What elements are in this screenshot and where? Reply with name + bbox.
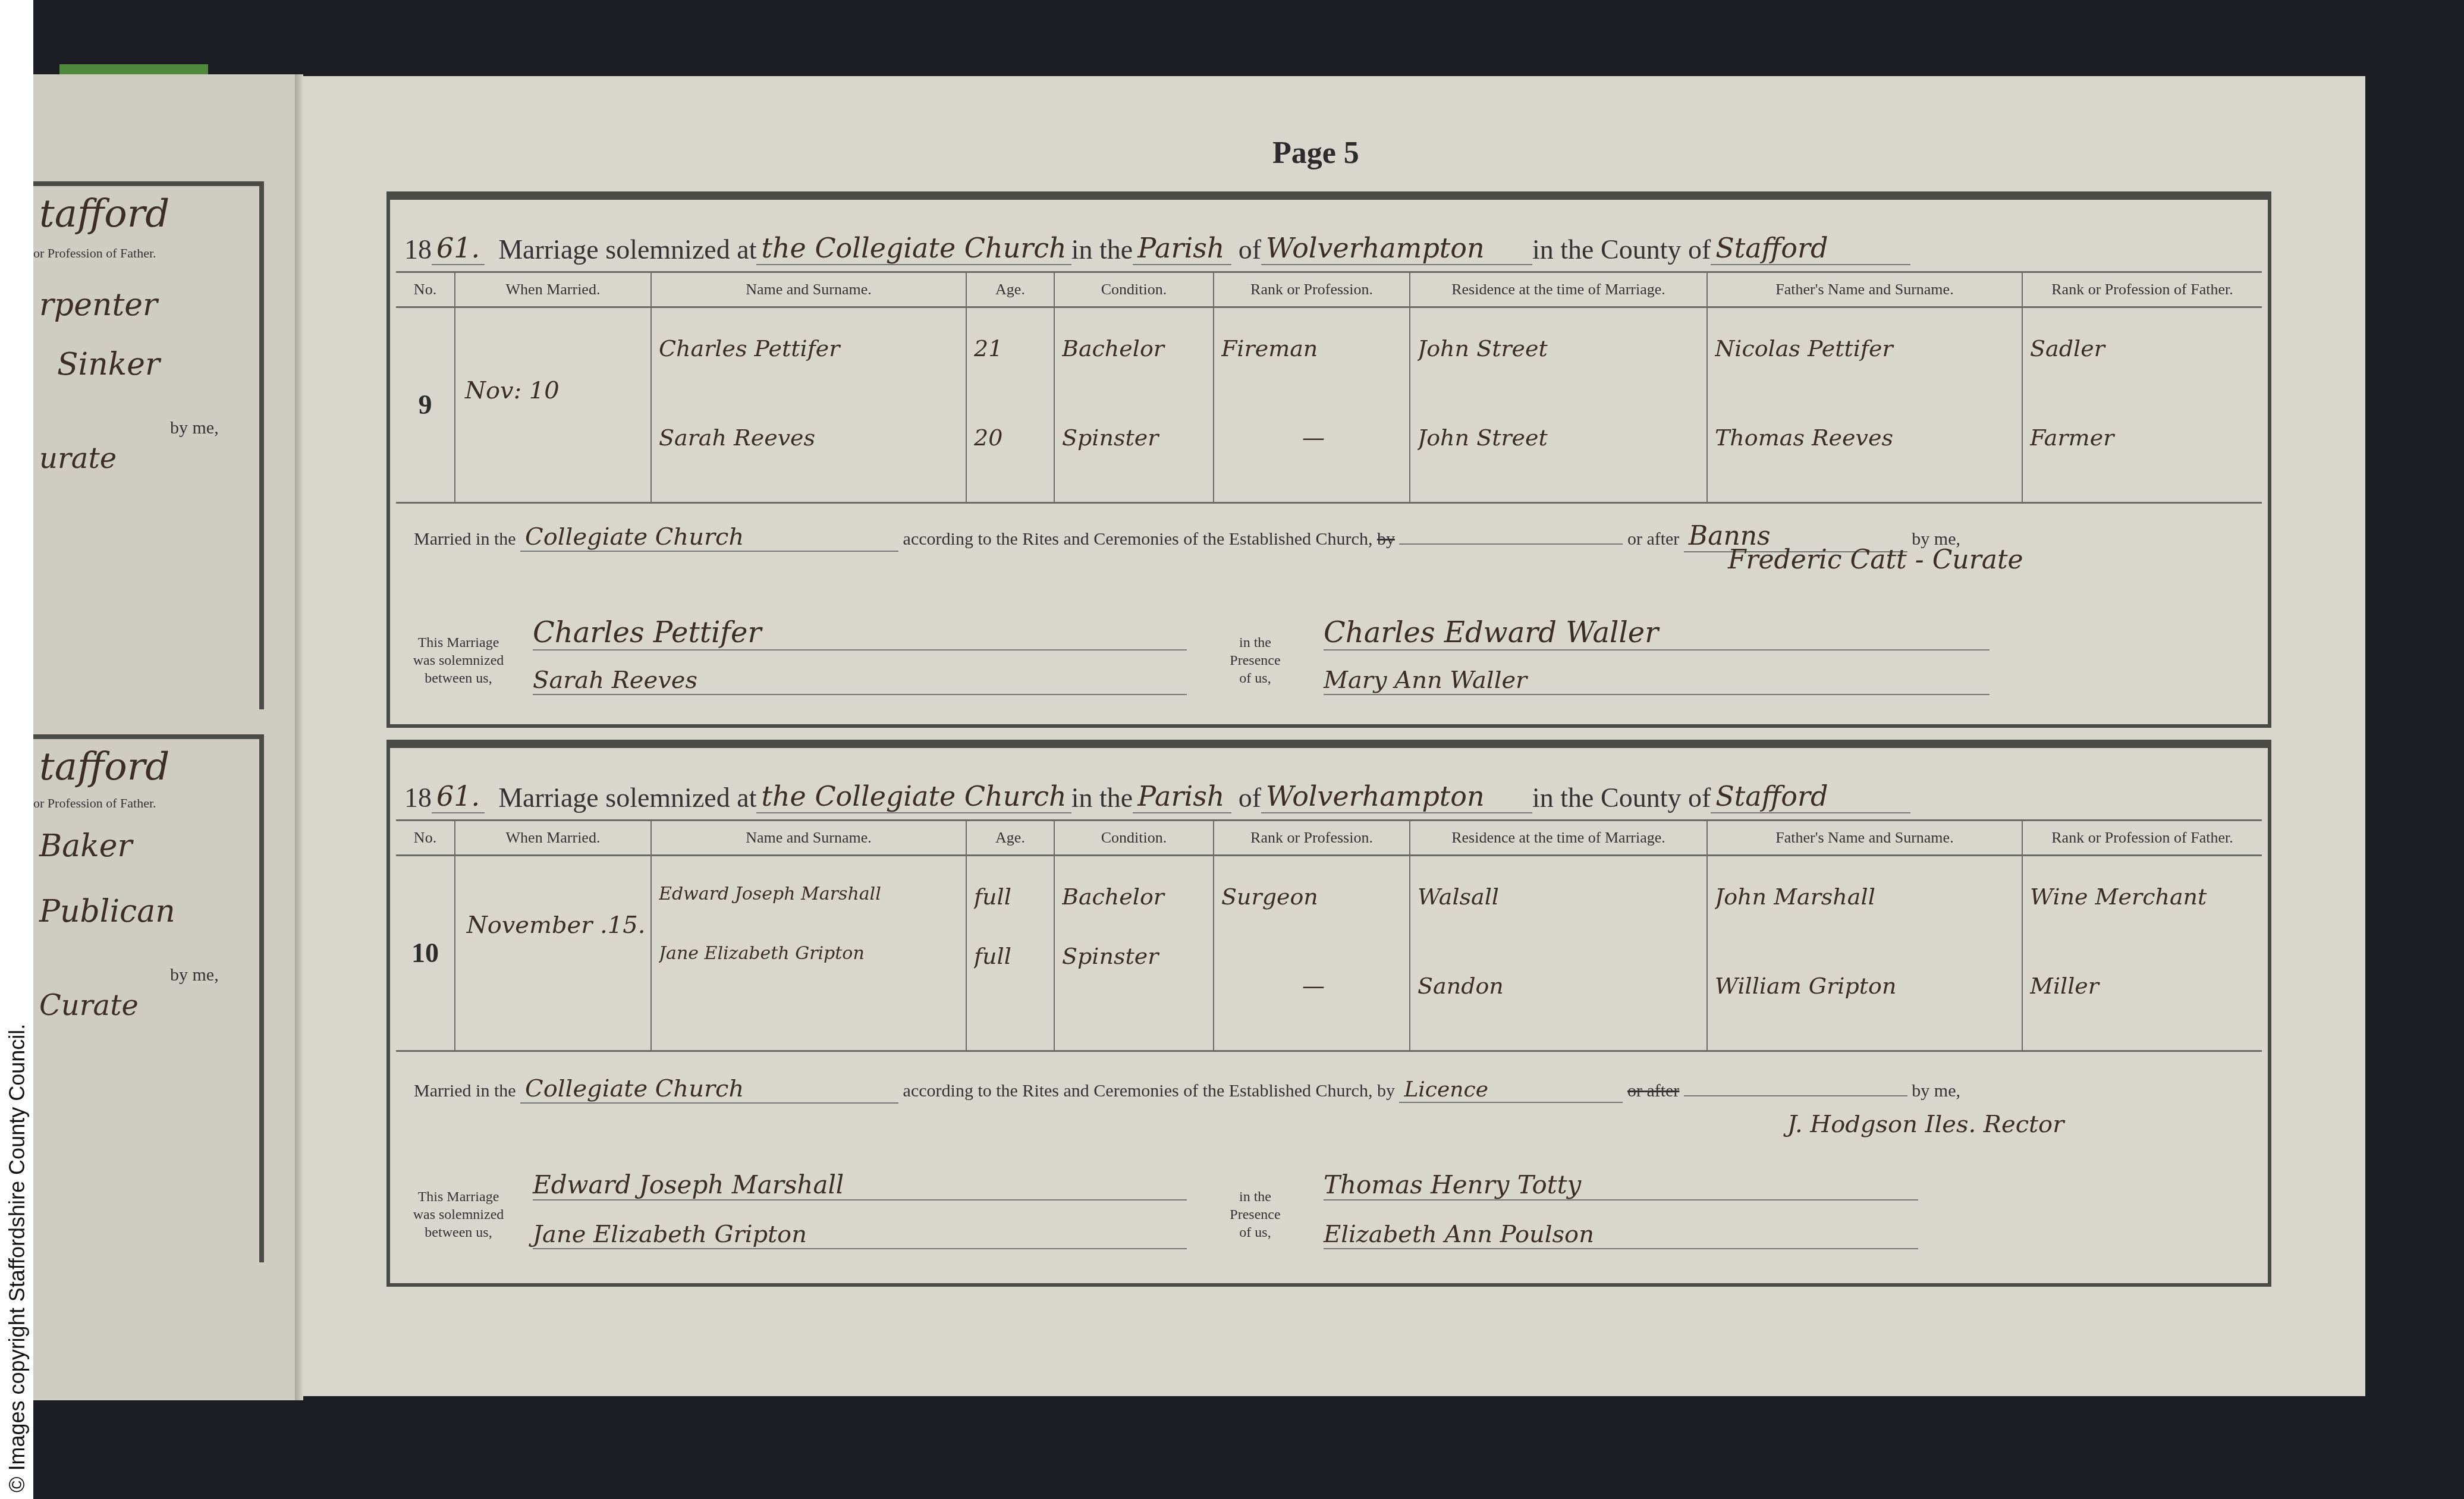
header-father: Father's Name and Surname. xyxy=(1708,821,2023,854)
page-title: Page 5 xyxy=(1272,136,1359,171)
year-suffix: 61. xyxy=(432,232,485,265)
header-name: Name and Surname. xyxy=(652,821,967,854)
header-residence: Residence at the time of Marriage. xyxy=(1410,821,1708,854)
signature-block: This Marriage was solemnized between us,… xyxy=(408,610,2251,711)
groom-signature: Charles Pettifer xyxy=(533,616,1187,650)
groom-rank: Surgeon xyxy=(1221,884,1406,910)
bride-name: Jane Elizabeth Gripton xyxy=(659,943,962,964)
groom-name: Charles Pettifer xyxy=(659,335,962,362)
witness-2-signature: Mary Ann Waller xyxy=(1324,667,1990,695)
bride-residence: Sandon xyxy=(1418,973,1703,999)
book-cover-edge xyxy=(59,64,208,75)
header-condition: Condition. xyxy=(1055,821,1214,854)
left-page-fragment: tafford or Profession of Father. rpenter… xyxy=(33,74,295,1400)
entry-title-line: 1861. Marriage solemnized at the Collegi… xyxy=(404,760,2256,813)
in-the-label: in the xyxy=(1071,782,1133,813)
column-header-row: No. When Married. Name and Surname. Age.… xyxy=(396,819,2262,856)
left-officiant-fragment-2: Curate xyxy=(39,989,139,1022)
married-in-line: Married in the Collegiate Church accordi… xyxy=(414,1075,2256,1104)
groom-father: Nicolas Pettifer xyxy=(1715,335,2018,362)
place: the Collegiate Church xyxy=(756,780,1071,813)
column-header-row: No. When Married. Name and Surname. Age.… xyxy=(396,271,2262,308)
entry-number: 9 xyxy=(396,389,454,420)
parish-word: Parish xyxy=(1133,232,1231,265)
this-marriage-label: This Marriage was solemnized between us, xyxy=(408,634,509,687)
in-the-label: in the xyxy=(1071,234,1133,265)
county: Stafford xyxy=(1711,232,1910,265)
when-married: November .15. xyxy=(465,895,647,955)
according-label: according to the Rites and Ceremonies of… xyxy=(903,529,1373,549)
county-label: in the County of xyxy=(1532,782,1711,813)
groom-residence: John Street xyxy=(1418,335,1703,362)
groom-father-rank: Sadler xyxy=(2030,335,2258,362)
groom-father: John Marshall xyxy=(1715,884,2018,910)
groom-father-rank: Wine Merchant xyxy=(2030,884,2258,910)
witness-1-signature: Thomas Henry Totty xyxy=(1324,1170,1918,1201)
this-marriage-label: This Marriage was solemnized between us, xyxy=(408,1188,509,1242)
groom-age: 21 xyxy=(974,335,1050,362)
bride-residence: John Street xyxy=(1418,425,1703,451)
header-residence: Residence at the time of Marriage. xyxy=(1410,273,1708,306)
left-officiant-fragment: urate xyxy=(39,442,117,475)
bride-condition: Spinster xyxy=(1062,425,1209,451)
bride-age: 20 xyxy=(974,425,1050,451)
parish-word: Parish xyxy=(1133,780,1231,813)
groom-residence: Walsall xyxy=(1418,884,1703,910)
header-rank: Rank or Profession. xyxy=(1214,273,1410,306)
bride-father: Thomas Reeves xyxy=(1715,425,2018,451)
left-by-me-2: by me, xyxy=(170,965,219,985)
marriage-entry-9: 1861. Marriage solemnized at the Collegi… xyxy=(386,191,2271,728)
header-age: Age. xyxy=(967,821,1055,854)
header-age: Age. xyxy=(967,273,1055,306)
officiant-signature: J. Hodgson Iles. Rector xyxy=(1787,1111,2064,1138)
left-value-3: Baker xyxy=(39,828,132,864)
or-after-label: or after xyxy=(1627,529,1679,549)
of-label: of xyxy=(1239,782,1261,813)
year-suffix: 61. xyxy=(432,780,485,813)
left-county-fragment-2: tafford xyxy=(39,745,169,789)
when-married: Nov: 10 xyxy=(465,377,647,404)
entry-number: 10 xyxy=(396,937,454,969)
signature-block: This Marriage was solemnized between us,… xyxy=(408,1164,2251,1265)
married-in-label: Married in the xyxy=(414,529,516,549)
after-banns xyxy=(1684,1095,1907,1096)
header-when-married: When Married. xyxy=(455,821,652,854)
header-name: Name and Surname. xyxy=(652,273,967,306)
witness-1-signature: Charles Edward Waller xyxy=(1324,616,1990,650)
by-me-label: by me, xyxy=(1912,1081,1960,1101)
bride-condition: Spinster xyxy=(1062,943,1209,969)
by-label-struck: by xyxy=(1377,529,1395,549)
header-rank: Rank or Profession. xyxy=(1214,821,1410,854)
marriage-entry-10: 1861. Marriage solemnized at the Collegi… xyxy=(386,740,2271,1287)
bride-rank: — xyxy=(1221,973,1406,999)
left-value-4: Publican xyxy=(39,894,175,929)
according-label: according to the Rites and Ceremonies of… xyxy=(903,1081,1373,1101)
header-father-rank: Rank or Profession of Father. xyxy=(2023,273,2262,306)
entry-data-row: 9 Nov: 10 Charles PettiferSarah Reeves 2… xyxy=(396,306,2262,504)
married-in-label: Married in the xyxy=(414,1081,516,1101)
by-licence: Licence xyxy=(1399,1077,1623,1103)
groom-age: full xyxy=(974,884,1050,910)
place: the Collegiate Church xyxy=(756,232,1071,265)
bride-age: full xyxy=(974,943,1050,969)
solemnized-at-label: Marriage solemnized at xyxy=(498,782,756,813)
left-county-fragment: tafford xyxy=(39,192,169,236)
year-prefix: 18 xyxy=(404,782,432,813)
left-by-me: by me, xyxy=(170,418,219,438)
bride-father-rank: Farmer xyxy=(2030,425,2258,451)
left-header-fragment-2: or Profession of Father. xyxy=(33,796,156,811)
header-condition: Condition. xyxy=(1055,273,1214,306)
of-label: of xyxy=(1239,234,1261,265)
witness-2-signature: Elizabeth Ann Poulson xyxy=(1324,1221,1918,1249)
married-in-place: Collegiate Church xyxy=(520,1075,898,1104)
header-no: No. xyxy=(396,821,455,854)
bride-name: Sarah Reeves xyxy=(659,425,962,451)
book-gutter xyxy=(295,74,303,1400)
by-label: by xyxy=(1377,1081,1395,1101)
or-after-label-struck: or after xyxy=(1627,1081,1679,1101)
groom-condition: Bachelor xyxy=(1062,884,1209,910)
header-father-rank: Rank or Profession of Father. xyxy=(2023,821,2262,854)
groom-rank: Fireman xyxy=(1221,335,1406,362)
bride-father-rank: Miller xyxy=(2030,973,2258,999)
bride-signature: Jane Elizabeth Gripton xyxy=(533,1221,1187,1249)
left-header-fragment: or Profession of Father. xyxy=(33,246,156,261)
county: Stafford xyxy=(1711,780,1910,813)
header-father: Father's Name and Surname. xyxy=(1708,273,2023,306)
county-label: in the County of xyxy=(1532,234,1711,265)
header-no: No. xyxy=(396,273,455,306)
in-presence-label: in the Presence of us, xyxy=(1222,634,1288,687)
bride-father: William Gripton xyxy=(1715,973,2018,999)
groom-name: Edward Joseph Marshall xyxy=(659,884,962,904)
entry-data-row: 10 November .15. Edward Joseph MarshallJ… xyxy=(396,854,2262,1052)
left-value-2: Sinker xyxy=(57,347,160,382)
bride-rank: — xyxy=(1221,425,1406,451)
in-presence-label: in the Presence of us, xyxy=(1222,1188,1288,1242)
officiant-signature: Frederic Catt - Curate xyxy=(1728,545,2023,575)
solemnized-at-label: Marriage solemnized at xyxy=(498,234,756,265)
copyright-notice: © Images copyright Staffordshire County … xyxy=(5,1024,30,1492)
groom-signature: Edward Joseph Marshall xyxy=(533,1170,1187,1201)
header-when-married: When Married. xyxy=(455,273,652,306)
married-in-place: Collegiate Church xyxy=(520,523,898,552)
parish: Wolverhampton xyxy=(1261,232,1532,265)
by-licence xyxy=(1399,543,1623,545)
entry-title-line: 1861. Marriage solemnized at the Collegi… xyxy=(404,212,2256,265)
groom-condition: Bachelor xyxy=(1062,335,1209,362)
left-value-1: rpenter xyxy=(39,287,158,323)
bride-signature: Sarah Reeves xyxy=(533,667,1187,695)
parish: Wolverhampton xyxy=(1261,780,1532,813)
year-prefix: 18 xyxy=(404,234,432,265)
